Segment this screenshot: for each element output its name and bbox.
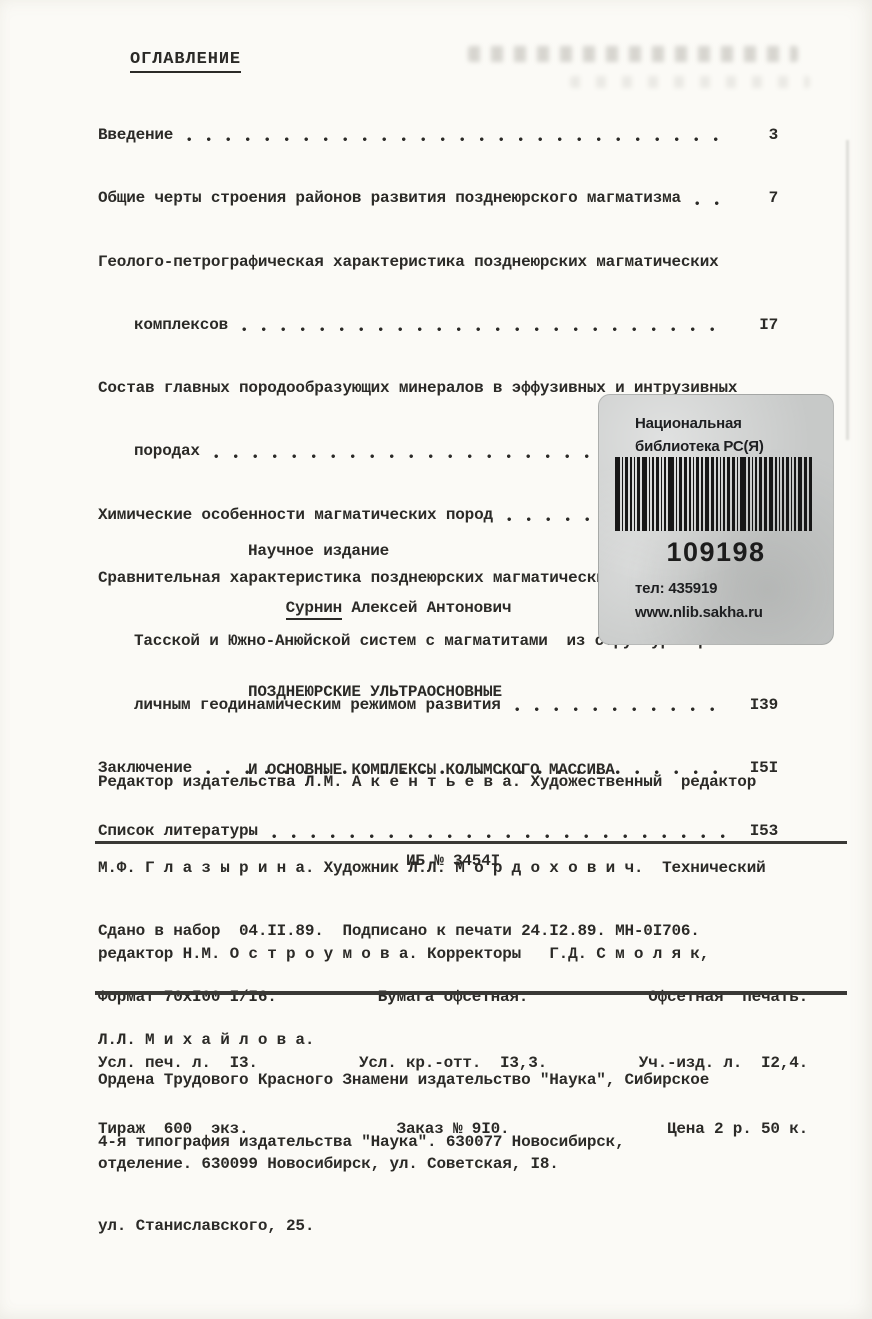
barcode-bar [668, 457, 674, 531]
scanned-book-page: ОГЛАВЛЕНИЕ Введение3 Общие черты строени… [0, 0, 872, 1319]
library-sticker: Национальная библиотека РС(Я) 109198 тел… [598, 394, 834, 645]
edition-type-label: Научное издание [248, 542, 389, 560]
barcode-bar [769, 457, 774, 531]
barcode-bar [634, 457, 636, 531]
toc-entry-text: Введение [98, 122, 173, 149]
barcode-number: 109198 [599, 537, 833, 568]
barcode-bar [759, 457, 762, 531]
author-surname: Сурнин [286, 599, 342, 620]
barcode-bar [711, 457, 714, 531]
barcode [615, 457, 817, 531]
barcode-bar [705, 457, 710, 531]
barcode-bar [794, 457, 796, 531]
sticker-org-line2: библиотека РС(Я) [635, 435, 764, 458]
toc-page-number [733, 249, 779, 276]
barcode-bar [716, 457, 718, 531]
barcode-bar [764, 457, 767, 531]
barcode-bar [615, 457, 620, 531]
barcode-bar [630, 457, 632, 531]
barcode-bar [676, 457, 678, 531]
barcode-bar [656, 457, 659, 531]
barcode-bar [720, 457, 722, 531]
barcode-bar [752, 457, 754, 531]
imprint-row: Формат 70хI00 I/I6.Бумага офсетная.Офсет… [98, 982, 808, 1012]
sticker-phone: тел: 435919 [635, 577, 717, 601]
toc-row: Геолого-петрографическая характеристика … [98, 249, 778, 276]
toc-entry-text: Геолого-петрографическая характеристика … [98, 249, 719, 276]
toc-row: Общие черты строения районов развития по… [98, 185, 778, 212]
barcode-bar [689, 457, 691, 531]
barcode-bar [723, 457, 725, 531]
barcode-bar [661, 457, 663, 531]
barcode-bar [798, 457, 803, 531]
toc-entry-text: комплексов [98, 312, 228, 339]
toc-heading: ОГЛАВЛЕНИЕ [130, 50, 241, 73]
barcode-bar [637, 457, 640, 531]
barcode-bar [701, 457, 703, 531]
barcode-bar [791, 457, 793, 531]
barcode-bar [782, 457, 784, 531]
sticker-org-line1: Национальная [635, 412, 742, 435]
toc-page-number: I7 [732, 312, 778, 339]
barcode-bar [684, 457, 687, 531]
toc-page-number: 3 [732, 122, 778, 149]
barcode-bar [693, 457, 695, 531]
editors-line: Редактор издательства Л.М. А к е н т ь е… [98, 768, 812, 797]
printer-address-line: ул. Станиславского, 25. [98, 1212, 812, 1240]
barcode-bar [625, 457, 628, 531]
author-given-names: Алексей Антонович [342, 599, 511, 617]
barcode-bar [737, 457, 739, 531]
barcode-bar [696, 457, 699, 531]
toc-entry-text: Общие черты строения районов развития по… [98, 185, 681, 212]
toc-entry-text: Химические особенности магматических пор… [98, 502, 493, 529]
scan-edge-artifact [846, 140, 849, 440]
barcode-bar [779, 457, 781, 531]
toc-row: комплексовI7 [98, 312, 778, 339]
imprint-cell: Бумага офсетная. [335, 982, 572, 1012]
barcode-bar [642, 457, 647, 531]
barcode-bar [786, 457, 789, 531]
barcode-bar [755, 457, 757, 531]
barcode-bar [652, 457, 654, 531]
barcode-bar [809, 457, 812, 531]
barcode-bar [664, 457, 666, 531]
horizontal-rule-bottom [95, 991, 847, 995]
horizontal-rule-top [95, 841, 847, 844]
barcode-bar [622, 457, 624, 531]
printer-address: 4-я типография издательства "Наука". 630… [98, 1072, 812, 1296]
printer-address-line: 4-я типография издательства "Наука". 630… [98, 1128, 812, 1156]
barcode-bar [727, 457, 730, 531]
barcode-bar [679, 457, 682, 531]
imprint-row: Сдано в набор 04.II.89. Подписано к печа… [98, 916, 808, 946]
ib-number: ИБ № 3454I [98, 852, 808, 870]
imprint-cell: Формат 70хI00 I/I6. [98, 982, 335, 1012]
barcode-bar [740, 457, 746, 531]
barcode-bar [804, 457, 807, 531]
toc-page-number: 7 [732, 185, 778, 212]
book-title-line1: ПОЗДНЕЮРСКИЕ УЛЬТРАОСНОВНЫЕ [248, 679, 615, 705]
toc-dot-leader [183, 122, 728, 149]
barcode-bar [775, 457, 777, 531]
bleed-through-artifact [468, 46, 798, 62]
toc-dot-leader [691, 185, 728, 212]
barcode-bar [732, 457, 735, 531]
barcode-bar [748, 457, 750, 531]
barcode-bar [649, 457, 651, 531]
toc-row: Введение3 [98, 122, 778, 149]
sticker-website: www.nlib.sakha.ru [635, 601, 763, 625]
toc-dot-leader [238, 312, 728, 339]
toc-entry-text: породах [98, 438, 200, 465]
imprint-cell: Офсетная печать. [571, 982, 808, 1012]
